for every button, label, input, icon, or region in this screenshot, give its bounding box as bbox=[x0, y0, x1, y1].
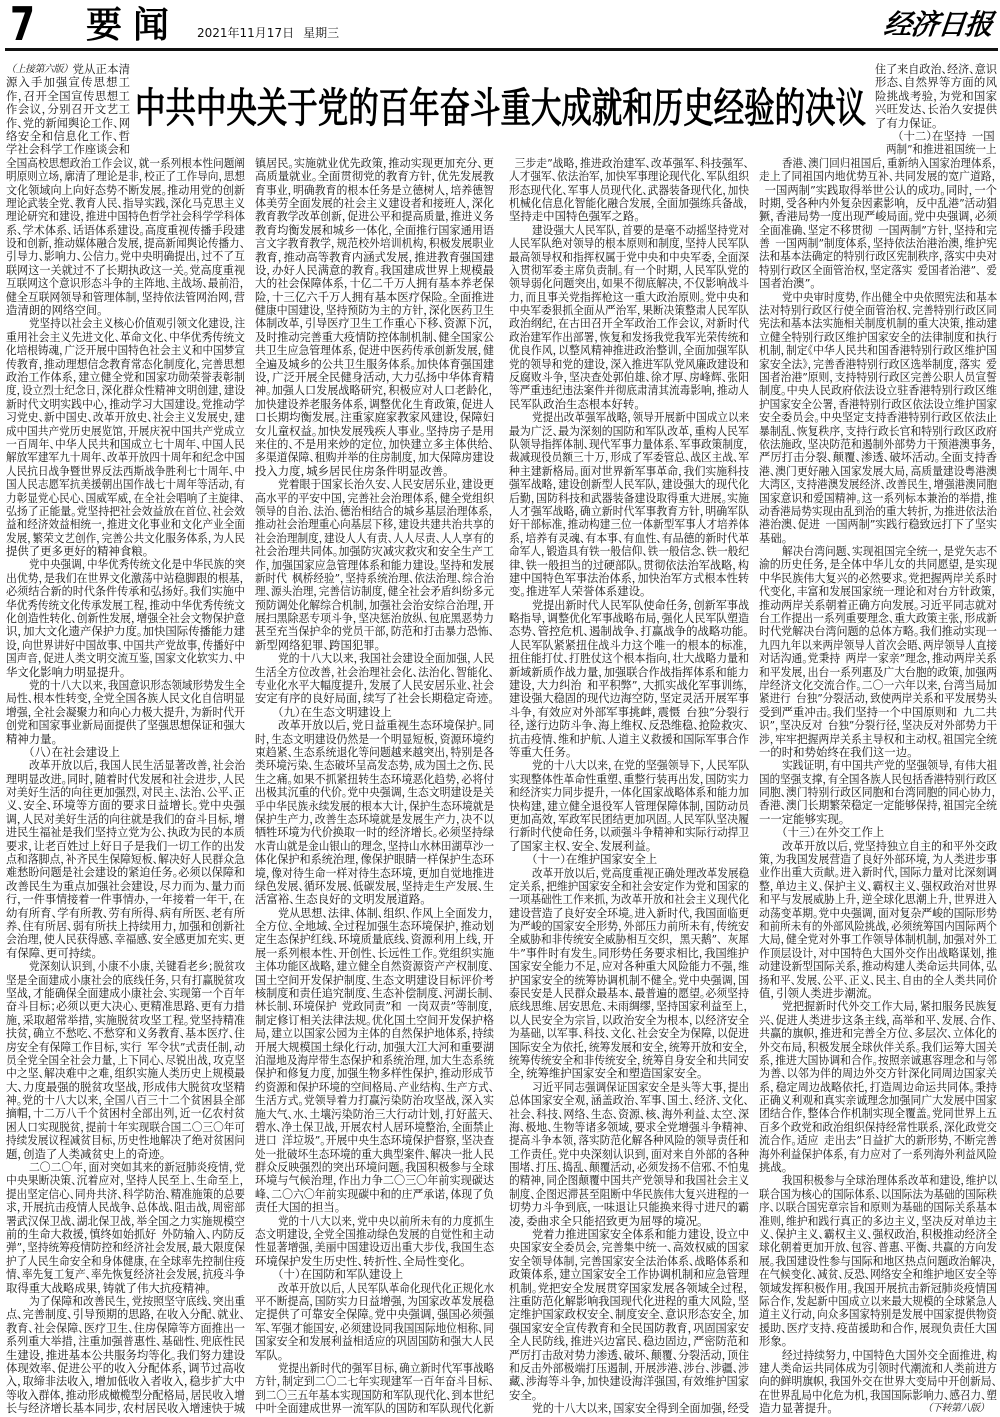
line-text: 凌，委曲求全只能招致更为屈辱的境况。 bbox=[509, 1215, 703, 1228]
line-text: 形象。 bbox=[759, 1335, 787, 1348]
text-line: 和反击外部极端打压遏制，开展涉港、涉台、涉疆、涉 bbox=[509, 1362, 749, 1375]
line-text: 和反击外部极端打压遏制，开展涉港、涉台、涉疆、涉 bbox=[509, 1362, 749, 1375]
line-text: 碧水、净土保卫战，开展农村人居环境整治，全面禁止 bbox=[255, 1121, 494, 1134]
line-text: 獗，香港局势一度出现严峻局面。党中央强调，必须 bbox=[759, 210, 997, 223]
line-text: 党的十八大以来，国家安全得到全面加强，经受 bbox=[532, 1402, 749, 1415]
line-text: 活富裕、生态良好的文明发展道路。 bbox=[255, 893, 426, 906]
line-text: 女儿童权益。加快发展残疾人事业。坚持房子是用 bbox=[255, 425, 494, 438]
text-line: 专业化水平大幅度提升，发展了人民安居乐业、社会 bbox=[255, 679, 494, 692]
line-text: 系，培养有灵魂、有本事、有血性、有品德的新时代革 bbox=[509, 532, 749, 545]
line-text: 党的领导和党的建设，深入推进军队党风廉政建设和 bbox=[509, 358, 749, 371]
line-text: 推动两岸关系朝着正确方向发展。习近平同志就对 bbox=[759, 599, 997, 612]
line-text: 会治理，使人民获得感、幸福感、安全感更加充实、更 bbox=[6, 933, 245, 946]
text-line: 中叶全面建成世界一流军队的国防和军队现代化新 bbox=[255, 1402, 494, 1415]
line-text: 新时代“枫桥经验”，坚持系统治理、依法治理、综合治 bbox=[255, 572, 494, 585]
line-text: 领导弱化问题突出，如果不彻底解决，不仅影响战斗 bbox=[509, 277, 749, 290]
line-text: 正确义利观和真实亲诚理念加强同广大发展中国家 bbox=[759, 1094, 997, 1107]
text-line: 裁减现役员额三十万，形成了军委管总、战区主战、军 bbox=[509, 451, 749, 464]
text-line: 态势、管控危机、遏制战争、打赢战争的战略功能。 bbox=[509, 625, 749, 638]
line-text: 同胞、澳门特别行政区同胞和台湾同胞的同心协力， bbox=[759, 786, 997, 799]
line-text: 解放军建军九十周年、改革开放四十周年和纪念中国 bbox=[6, 451, 245, 464]
text-line: （八）在社会建设上 bbox=[6, 746, 245, 759]
line-text: 明原则立场，廓清了理论是非，校正了工作导向，思想 bbox=[6, 170, 245, 183]
line-text: 略指导，调整优化军事战略布局，强化人民军队塑造 bbox=[509, 612, 749, 625]
line-text: 人民抗日战争暨世界反法西斯战争胜利七十周年、中 bbox=[6, 465, 245, 478]
text-line: 实践证明，有中国共产党的坚强领导，有伟大祖 bbox=[759, 759, 997, 772]
line-text: 全方位、全地域、全过程加强生态环境保护，推动划 bbox=[255, 920, 494, 933]
line-text: 九四九年以来两岸领导人首次会晤、两岸领导人直接 bbox=[759, 639, 997, 652]
line-text: 一一定能够实现。 bbox=[759, 813, 844, 826]
text-line: 造力显著提升。（下转第八版） bbox=[759, 1402, 997, 1415]
text-line: 点和落脚点，补齐民生保障短板、解决好人民群众急 bbox=[6, 853, 245, 866]
text-line: 领域发挥积极作用。我国开展抗击新冠肺炎疫情国 bbox=[759, 1282, 997, 1295]
text-line: 作、党的新闻舆论工作、网 bbox=[6, 117, 130, 130]
text-line: 互联网这个意识形态斗争的主阵地、主战场、最前沿， bbox=[6, 277, 245, 290]
text-line: 国际安全为依托，统筹发展和安全，统筹开放和安全， bbox=[509, 1041, 749, 1054]
line-text: 安全。 bbox=[509, 1389, 537, 1402]
line-text: 神。党的十八大以来，全国八百三十二个贫困县全部 bbox=[6, 1094, 245, 1107]
line-text: 国家意识和爱国精神。这一系列标本兼治的举措，推 bbox=[759, 492, 997, 505]
paragraph: （上接第六版）党从正本清源入手加强宣传思想工作，召开全国宣传思想工作会议，分别召… bbox=[6, 63, 245, 317]
line-text: 国人民志愿军抗美援朝出国作战七十周年等活动，有 bbox=[6, 478, 245, 491]
line-text: 改革开放以后，党高度重视正确处理改革发展稳 bbox=[532, 867, 749, 880]
text-line: 共卫生应急管理体系，促进中医药传承创新发展，健 bbox=[255, 344, 494, 357]
line-text: 央国家安全委员会，完善集中统一、高效权威的国家 bbox=[509, 1241, 749, 1254]
text-line: 形象。 bbox=[759, 1335, 997, 1348]
issue-weekday: 星期三 bbox=[303, 26, 339, 40]
text-line: 领导弱化问题突出，如果不彻底解决，不仅影响战斗 bbox=[509, 277, 749, 290]
text-line: 施大气、水、土壤污染防治三大行动计划，打好蓝天、 bbox=[255, 1108, 494, 1121]
line-text: 国者治澳”。 bbox=[759, 277, 816, 290]
text-line: 作顶层设计，对中国特色大国外交作出战略谋划，推 bbox=[759, 947, 997, 960]
text-line: 扭住能打仗、打胜仗这个根本指向，壮大战略力量和 bbox=[509, 652, 749, 665]
line-text: 局性、根本性转变，全党全国各族人民文化自信明显 bbox=[6, 692, 245, 705]
text-line: 凌，委曲求全只能招致更为屈辱的境况。 bbox=[509, 1215, 749, 1228]
text-line: 兴、促进人类进步这条主线，高举和平、发展、合作、 bbox=[759, 1014, 997, 1027]
text-line: 教育均衡发展和城乡一体化，全面推行国家通用语 bbox=[255, 224, 494, 237]
text-line: 性显著增强，美丽中国建设迈出重大步伐，我国生态 bbox=[255, 1241, 494, 1254]
line-text: 百多个政党和政治组织保持经常性联系，深化政党交 bbox=[759, 1121, 997, 1134]
line-text: 教育均衡发展和城乡一体化，全面推行国家通用语 bbox=[255, 224, 494, 237]
text-line: 动香港局势实现由乱到治的重大转折，为推进依法治 bbox=[759, 505, 997, 518]
text-line: 高质量就业。全面贯彻党的教育方针，优先发展教 bbox=[255, 170, 494, 183]
text-line: 有保障、更可持续。 bbox=[6, 947, 245, 960]
text-line: 长与经济增长基本同步，农村居民收入增速快于城 bbox=[6, 1402, 245, 1415]
text-line: 制定修订相关法律法规。优化国土空间开发保护格 bbox=[255, 1014, 494, 1027]
text-line: 和平与发展威胁上升，逆全球化思潮上升，世界进入 bbox=[759, 893, 997, 906]
line-text: 责任大国的担当。 bbox=[255, 1201, 340, 1214]
line-text: 林长制、环境保护“党政同责”和“一岗双责”等制度， bbox=[255, 1000, 494, 1013]
line-text: 为严峻的国家安全形势，外部压力前所未有，传统安 bbox=[509, 920, 749, 933]
text-line: 环境保护发生历史性、转折性、全局性变化。 bbox=[255, 1255, 494, 1268]
line-text: 整，单边主义、保护主义、霸权主义、强权政治对世界 bbox=[759, 880, 997, 893]
text-line: 预防调处化解综合机制，加强社会治安综合治理，开 bbox=[255, 599, 494, 612]
line-text: 生建设，推进基本公共服务均等化。我们努力建设 bbox=[6, 1349, 245, 1362]
line-text: 为善、以邻为伴的周边外交方针深化同周边国家关 bbox=[759, 1067, 997, 1080]
text-line: 要求，让老百姓过上好日子是我们一切工作的出发 bbox=[6, 840, 245, 853]
text-line: 重用社会主义先进文化、革命文化、中华优秀传统文 bbox=[6, 331, 245, 344]
text-line: 的精神，同企图颠覆中国共产党领导和我国社会主义 bbox=[509, 1174, 749, 1187]
line-text: 改善民生为重点加强社会建设，尽力而为、量力而 bbox=[6, 880, 245, 893]
text-line: 港治澳、促进“一国两制”实践行稳致远打下了坚实 bbox=[759, 518, 997, 531]
line-text: 形态现代化、军事人员现代化、武器装备现代化，加快 bbox=[509, 184, 749, 197]
text-line: 序、以联合国宪章宗旨和原则为基础的国际关系基本 bbox=[759, 1201, 997, 1214]
line-text: 水青山就是金山银山的理念，坚持山水林田湖草沙一 bbox=[255, 840, 494, 853]
line-text: 和经济实力同步提升，一体化国家战略体系和能力加 bbox=[509, 786, 749, 799]
line-text: 华优秀传统文化传承发展工程，推动中华优秀传统文 bbox=[6, 599, 245, 612]
text-line: 加快建设养老服务体系，调整优化生育政策，促进人 bbox=[255, 398, 494, 411]
text-line: 大湾区，支持港澳发展经济、改善民生，增强港澳同胞 bbox=[759, 478, 997, 491]
line-text: 形态、自然界等方面的风 bbox=[875, 76, 997, 89]
line-text: 党中央审时度势，作出健全中央依照宪法和基本 bbox=[782, 291, 997, 304]
line-text: 等重大任务。 bbox=[509, 746, 572, 759]
text-line: 情、率先复工复产、率先恢复经济社会发展，抗疫斗争 bbox=[6, 1268, 245, 1281]
paragraph: 二〇二〇年，面对突如其来的新冠肺炎疫情，党中央果断决策、沉着应对，坚持人民至上、… bbox=[6, 1161, 245, 1295]
line-text: 前的生命大救援，慎终如始抓好“外防输入、内防反 bbox=[6, 1228, 245, 1241]
line-text: 建中国特色军事法治体系，加快治军方式根本性转 bbox=[509, 572, 749, 585]
text-line: （上接第六版）党从正本清 bbox=[6, 63, 130, 76]
line-text: 兴、促进人类进步这条主线，高举和平、发展、合作、 bbox=[759, 1014, 997, 1027]
text-line: 体化保护和系统治理，像保护眼睛一样保护生态环 bbox=[255, 853, 494, 866]
line-text: 体化保护和系统治理，像保护眼睛一样保护生态环 bbox=[255, 853, 494, 866]
line-text: 联合国为核心的国际体系、以国际法为基础的国际秩 bbox=[759, 1188, 997, 1201]
line-text: 全面准确、坚定不移贯彻“一国两制”方针，坚持和完 bbox=[759, 224, 997, 237]
line-text: 要求，让老百姓过上好日子是我们一切工作的出发 bbox=[6, 840, 245, 853]
text-line: 时代党解决台湾问题的总体方略。我们推动实现一 bbox=[759, 625, 997, 638]
line-text: 高水平的平安中国，完善社会治理体系，健全党组织 bbox=[255, 492, 494, 505]
line-text: 机制，制定《中华人民共和国香港特别行政区维护国 bbox=[759, 344, 997, 357]
text-line: 为基础，以军事、科技、文化、社会安全为保障，以促进 bbox=[509, 1027, 749, 1040]
text-line: 神。党的十八大以来，全国八百三十二个贫困县全部 bbox=[6, 1094, 245, 1107]
paragraph: 改革开放以后，党日益重视生态环境保护。同时，生态文明建设仍然是一个明显短板，资源… bbox=[255, 719, 494, 906]
text-line: 必须结合新的时代条件传承和弘扬好。我们实施中 bbox=[6, 585, 245, 598]
text-line: 受到严重冲击。我们坚持一个中国原则和“九二共 bbox=[759, 706, 997, 719]
text-line: 政策体系，建立国家安全工作协调机制和应急管理 bbox=[509, 1268, 749, 1281]
text-line: 引导力、影响力、公信力。党中央明确提出，过不了互 bbox=[6, 250, 245, 263]
line-text: 总体国家安全观，涵盖政治、军事、国土、经济、文化、 bbox=[509, 1094, 749, 1107]
line-text: 台工作提出一系列重要理念、重大政策主张，形成新 bbox=[759, 612, 997, 625]
line-text: 专业化水平大幅度提升，发展了人民安居乐业、社会 bbox=[255, 679, 494, 692]
text-line: 学社会科学工作座谈会和 bbox=[6, 143, 130, 156]
text-line: 系，推进大国协调和合作。按照亲诚惠容理念和与邻 bbox=[759, 1054, 997, 1067]
text-line: 党深刻认识到，小康不小康，关键看老乡；脱贫攻 bbox=[6, 960, 245, 973]
line-text: 展扫黑除恶专项斗争，坚决惩治放纵、包庇黑恶势力 bbox=[255, 612, 494, 625]
paragraph: 改革开放以后，党高度重视正确处理改革发展稳定关系，把维护国家安全和社会安定作为党… bbox=[509, 867, 749, 1081]
text-line: 社会治理制度，建设人人有责、人人尽责、人人享有的 bbox=[255, 532, 494, 545]
line-text: 扭住能打仗、打胜仗这个根本指向，壮大战略力量和 bbox=[509, 652, 749, 665]
line-text: 了有力保证。 bbox=[875, 117, 938, 130]
line-text: 为了保障和改善民生，党按照坚守底线、突出重 bbox=[29, 1295, 245, 1308]
line-text: 香港、澳门长期繁荣稳定一定能够保持，祖国完全统 bbox=[759, 799, 997, 812]
text-line: 局性、根本性转变，全党全国各族人民文化自信明显 bbox=[6, 692, 245, 705]
text-line: 兴旺发达、长治久安提供 bbox=[875, 103, 997, 116]
text-line: 健全互联网领导和管理体制，坚持依法管网治网，营 bbox=[6, 291, 245, 304]
line-text: 神。加强人口发展战略研究，积极应对人口老龄化， bbox=[255, 384, 494, 397]
text-line: 最为广泛、最为深刻的国防和军队改革，重构人民军 bbox=[509, 425, 749, 438]
line-text: 家安全法》，完善香港特别行政区选举制度，落实“爱 bbox=[759, 358, 997, 371]
line-text: 理论武装全党、教育人民、指导实践，深化马克思主义 bbox=[6, 197, 245, 210]
line-text: 定生态保护红线、环境质量底线、资源利用上线，开 bbox=[255, 933, 494, 946]
text-line: 牺牲环境为代价换取一时的经济增长。必须坚持绿 bbox=[255, 826, 494, 839]
line-text: 时代党解决台湾问题的总体方略。我们推动实现一 bbox=[759, 625, 997, 638]
text-line: 束趋紧、生态系统退化等问题越来越突出，特别是各 bbox=[255, 746, 494, 759]
line-text: 严厉打击敌对势力渗透、破坏、颠覆、分裂活动，顶住 bbox=[509, 1349, 749, 1362]
text-line: 行，一件事情接着一件事情办，一年接着一年干，在 bbox=[6, 893, 245, 906]
text-line: 党中央强调，中华优秀传统文化是中华民族的突 bbox=[6, 558, 245, 571]
text-line: 家安全法》，完善香港特别行政区选举制度，落实“爱 bbox=[759, 358, 997, 371]
text-line: 国者治港”原则，支持特别行政区完善公职人员宣誓 bbox=[759, 371, 997, 384]
paragraph: 香港、澳门回归祖国后，重新纳入国家治理体系，走上了同祖国内地优势互补、共同发展的… bbox=[759, 157, 997, 291]
text-line: 文化领域向上向好态势不断发展。推动用党的创新 bbox=[6, 184, 245, 197]
text-line: 后勤，国防科技和武器装备建设取得重大进展。实施 bbox=[509, 492, 749, 505]
line-text: 中央果断决策、沉着应对，坚持人民至上、生命至上， bbox=[6, 1174, 245, 1187]
line-text: 建人类命运共同体成为引领时代潮流和人类前进方 bbox=[759, 1362, 997, 1375]
paragraph: 经过持续努力，中国特色大国外交全面推进，构建人类命运共同体成为引领时代潮流和人类… bbox=[759, 1349, 997, 1416]
line-text: 在世界乱局中化危为机，我国国际影响力、感召力、塑 bbox=[759, 1389, 997, 1402]
text-line: 环境与气候治理，作出力争二〇三〇年前实现碳达 bbox=[255, 1174, 494, 1187]
text-line: 体制改革，引导医疗卫生工作重心下移、资源下沉， bbox=[255, 317, 494, 330]
line-text: 力，而且事关党指挥枪这一重大政治原则。党中央和 bbox=[509, 291, 749, 304]
text-line: 作，加强国家应急管理体系和能力建设。坚持和发展 bbox=[255, 559, 494, 572]
paragraph: 党着眼于国家长治久安、人民安居乐业，建设更高水平的平安中国，完善社会治理体系，健… bbox=[255, 478, 494, 652]
text-line: 华优秀传统文化传承发展工程，推动中华优秀传统文 bbox=[6, 599, 245, 612]
line-text: （十一）在维护国家安全上 bbox=[532, 853, 657, 866]
text-line: 入，取缔非法收入，增加低收入者收入，稳步扩大中 bbox=[6, 1375, 245, 1388]
line-text: 注重防范化解影响我国现代化进程的重大风险，坚 bbox=[509, 1295, 749, 1308]
line-text: 和平与发展威胁上升，逆全球化思潮上升，世界进入 bbox=[759, 893, 997, 906]
line-text: 党深刻认识到，小康不小康，关键看老乡；脱贫攻 bbox=[29, 960, 245, 973]
paragraph: 党的十八大以来，我国社会建设全面加强，人民生活全方位改善，社会治理社会化、法治化… bbox=[255, 652, 494, 706]
text-line: 泊湿地及海岸带生态保护和系统治理，加大生态系统 bbox=[255, 1054, 494, 1067]
text-line: 化创造性转化、创新性发展，增强全社会文物保护意 bbox=[6, 612, 245, 625]
text-line: 大局，健全党对外事工作领导体制机制，加强对外工 bbox=[759, 933, 997, 946]
text-line: 强国家安全宣传教育和全民国防教育，巩固国家安 bbox=[509, 1322, 749, 1335]
paragraph: 党从思想、法律、体制、组织、作风上全面发力，全方位、全地域、全过程加强生态环境保… bbox=[255, 907, 494, 1215]
text-line: 反腐败斗争，坚决查处郭伯雄、徐才厚、房峰辉、张阳 bbox=[509, 371, 749, 384]
line-text: “三步走”战略，推进政治建军、改革强军、科技强军、 bbox=[509, 157, 749, 170]
line-text: 党坚持以社会主义核心价值观引领文化建设，注 bbox=[29, 317, 245, 330]
text-line: 明原则立场，廓清了理论是非，校正了工作导向，思想 bbox=[6, 170, 245, 183]
text-line: 一项基础性工作来抓，为改革开放和社会主义现代化 bbox=[509, 893, 749, 906]
line-text: 径，遂行边防斗争、海上维权、反恐维稳、抢险救灾、 bbox=[509, 719, 749, 732]
text-line: 力彰显党心民心、国威军威，在全社会唱响了主旋律、 bbox=[6, 492, 245, 505]
line-text: 党着眼于国家长治久安、人民安居乐业，建设更 bbox=[278, 478, 494, 491]
line-text: 和平发展，出台一系列惠及广大台胞的政策，加强两 bbox=[759, 666, 997, 679]
line-text: 情、率先复工复产、率先恢复经济社会发展，抗疫斗争 bbox=[6, 1268, 245, 1281]
text-line: 严厉打击分裂、颠覆、渗透、破坏活动。全面支持香 bbox=[759, 451, 997, 464]
line-text: 中之坚、解决难中之难，组织实施人类历史上规模最 bbox=[6, 1067, 245, 1080]
line-text: 全人民防线，推进兴边富民、稳边固边，严密防范和 bbox=[509, 1335, 749, 1348]
text-line: 类环境污染、生态破坏呈高发态势，成为国土之伤、民 bbox=[255, 759, 494, 772]
section-heading: （十二）在坚持“一国两制”和推进祖国统一上 bbox=[759, 130, 997, 157]
article-column-1: （上接第六版）党从正本清源入手加强宣传思想工作，召开全国宣传思想工作会议，分别召… bbox=[6, 63, 245, 1415]
text-line: 体现效率、促进公平的收入分配体系，调节过高收 bbox=[6, 1362, 245, 1375]
text-line: 坚持走中国特色强军之路。 bbox=[509, 210, 749, 223]
line-text: 政治建军作出部署，恢复和发扬我党我军光荣传统和 bbox=[509, 331, 749, 344]
line-text: 挑战。 bbox=[759, 1161, 787, 1174]
text-line: 镇居民。实施就业优先政策，推动实现更加充分、更 bbox=[255, 157, 494, 170]
text-line: 在世界乱局中化危为机，我国国际影响力、感召力、塑 bbox=[759, 1389, 997, 1402]
text-line: 联网这一关就过不了长期执政这一关。党高度重视 bbox=[6, 264, 245, 277]
text-line: 险挑战考验，为党和国家 bbox=[875, 90, 997, 103]
text-line: 暴制乱、恢复秩序，支持行政长官和特别行政区政府 bbox=[759, 425, 997, 438]
text-line: 建设，大力纠治“和平积弊”，大抓实战化军事训练， bbox=[509, 679, 749, 692]
text-line: 国土空间开发保护制度、生态文明建设目标评价考 bbox=[255, 974, 494, 987]
paragraph: 习近平同志强调保证国家安全是头等大事，提出总体国家安全观，涵盖政治、军事、国土、… bbox=[509, 1081, 749, 1228]
text-line: 理论武装全党、教育人民、指导实践，深化马克思主义 bbox=[6, 197, 245, 210]
text-line: 社会治理共同体。加强防灾减灾救灾和安全生产工 bbox=[255, 545, 494, 558]
text-line: 党把握新时代外交工作大局，紧扣服务民族复 bbox=[759, 1000, 997, 1013]
text-line: 在气候变化、减贫、反恐、网络安全和维护地区安全等 bbox=[759, 1268, 997, 1281]
text-line: 中央军委狠抓全面从严治军，果断决策整肃人民军队 bbox=[509, 304, 749, 317]
line-text: 社会治理制度，建设人人有责、人人尽责、人人享有的 bbox=[255, 532, 494, 545]
line-text: 党提出改革强军战略，领导开展新中国成立以来 bbox=[532, 411, 749, 424]
line-text: 政策体系，建立国家安全工作协调机制和应急管理 bbox=[509, 1268, 749, 1281]
paragraph: 党的十八大以来，党中央以前所未有的力度抓生态文明建设，全党全国推动绿色发展的自觉… bbox=[255, 1215, 494, 1269]
text-line: 党提出新时代人民军队使命任务，创新军事战 bbox=[509, 599, 749, 612]
text-line: 同胞、澳门特别行政区同胞和台湾同胞的同心协力， bbox=[759, 786, 997, 799]
line-text: 建设强大稳固的现代边海空防，坚定灵活开展军事 bbox=[509, 692, 749, 705]
text-line: 养、住有所居、弱有所扶上持续用力，加强和创新社 bbox=[6, 920, 245, 933]
line-text: 党提出新时代人民军队使命任务，创新军事战 bbox=[532, 599, 749, 612]
line-text: 外交布局，积极发展全球伙伴关系。我们运筹大国关 bbox=[759, 1041, 997, 1054]
line-text: 设，广泛开展全民健身活动，大力弘扬中华体育精 bbox=[255, 371, 494, 384]
paragraph: 党中央强调，中华优秀传统文化是中华民族的突出优势，是我们在世界文化激荡中站稳脚跟… bbox=[6, 558, 245, 679]
line-text: 大的社会保障体系，十亿二千万人拥有基本养老保 bbox=[255, 277, 494, 290]
text-line: 推动社会治理重心向基层下移，建设共建共治共享的 bbox=[255, 518, 494, 531]
line-text: 海外利益保护体系，有力应对了一系列海外利益风险 bbox=[759, 1148, 997, 1161]
text-line: 水青山就是金山银山的理念，坚持山水林田湖草沙一 bbox=[255, 840, 494, 853]
text-line: 定生态保护红线、环境质量底线、资源利用上线，开 bbox=[255, 933, 494, 946]
text-line: 神。加强人口发展战略研究，积极应对人口老龄化， bbox=[255, 384, 494, 397]
newspaper-page: 7 要闻 2021年11月17日星期三 经济日报 中共中央关于党的百年奋斗重大成… bbox=[0, 0, 1000, 1417]
text-line: 泰民安是人民群众最基本、最普遍的愿望。必须坚持 bbox=[509, 987, 749, 1000]
text-line: 生建设，推进基本公共服务均等化。我们努力建设 bbox=[6, 1349, 245, 1362]
text-line: 人民军队绝对领导的根本原则和制度，坚持人民军队 bbox=[509, 237, 749, 250]
line-text: 国家安全能力不足，应对各种重大风险能力不强，维 bbox=[509, 960, 749, 973]
text-line: 华文化影响力明显提升。 bbox=[6, 666, 245, 679]
text-line: 党提出改革强军战略，领导开展新中国成立以来 bbox=[509, 411, 749, 424]
line-text: 展。我国建设性参与国际和地区热点问题政治解决， bbox=[759, 1255, 997, 1268]
text-line: 增强，全社会凝聚力和向心力极大提升，为新时代开 bbox=[6, 706, 245, 719]
text-line: 军队。 bbox=[255, 1349, 494, 1362]
text-line: 出优势，是我们在世界文化激荡中站稳脚跟的根基， bbox=[6, 572, 245, 585]
line-text: 主体功能区战略，建立健全自然资源资产产权制度、 bbox=[255, 960, 494, 973]
line-text: 基础。 bbox=[759, 532, 787, 545]
text-line: 义、保护主义、霸权主义、强权政治，积极推动经济全 bbox=[759, 1228, 997, 1241]
text-line: 全，统筹维护国家安全和塑造国家安全。 bbox=[509, 1067, 749, 1080]
line-text: 快构建，建立健全退役军人管理保障体制，国防动员 bbox=[509, 800, 749, 813]
line-text: 善“一国两制”制度体系，坚持依法治港治澳，维护宪 bbox=[759, 237, 997, 250]
text-line: 安全。 bbox=[509, 1389, 749, 1402]
paragraph: 我国积极参与全球治理体系改革和建设，维护以联合国为核心的国际体系、以国际法为基础… bbox=[759, 1174, 997, 1348]
text-line: 扶贫，确立不愁吃、不愁穿和义务教育、基本医疗、住 bbox=[6, 1027, 245, 1040]
line-text: 工作责任。党中央深刻认识到，面对来自外部的各种 bbox=[509, 1148, 749, 1161]
text-line: 好干部标准，推动构建三位一体新型军事人才培养体 bbox=[509, 518, 749, 531]
line-text: 习近平同志强调保证国家安全是头等大事，提出 bbox=[532, 1081, 749, 1094]
line-text: 生活全方位改善，社会治理社会化、法治化、智能化、 bbox=[255, 666, 494, 679]
line-text: 核制度和责任追究制度、生态补偿制度、河湖长制、 bbox=[255, 987, 494, 1000]
paragraph: “三步走”战略，推进政治建军、改革强军、科技强军、人才强军、依法治军，加快军事理… bbox=[509, 157, 749, 224]
text-line: 新型网络犯罪、跨国犯罪。 bbox=[255, 639, 494, 652]
text-line: 香港、澳门回归祖国后，重新纳入国家治理体系， bbox=[759, 157, 997, 170]
text-line: 为严峻的国家安全形势，外部压力前所未有，传统安 bbox=[509, 920, 749, 933]
line-text: 作，召开全国宣传思想工 bbox=[6, 90, 130, 103]
text-line: 援助、医疗支持、疫苗援助和合作，展现负责任大国 bbox=[759, 1322, 997, 1335]
text-line: 建设营造了良好安全环境。进入新时代，我国面临更 bbox=[509, 907, 749, 920]
line-text: 党中央强调，中华优秀传统文化是中华民族的突 bbox=[29, 558, 245, 571]
section-name: 要闻 bbox=[86, 4, 180, 46]
line-text: 大、力度最强的脱贫攻坚战，形成伟大脱贫攻坚精 bbox=[6, 1081, 245, 1094]
text-line: 推动两岸关系朝着正确方向发展。习近平同志就对 bbox=[759, 599, 997, 612]
line-text: 提供了更多更好的精神食粮。 bbox=[6, 545, 148, 558]
text-line: 渝的历史任务，是全体中华儿女的共同愿望，是实现 bbox=[759, 558, 997, 571]
text-line: 设，广泛开展全民健身活动，大力弘扬中华体育精 bbox=[255, 371, 494, 384]
text-line: 领导的自治、法治、德治相结合的城乡基层治理体系， bbox=[255, 505, 494, 518]
text-line: 流合作。适应“走出去”日益扩大的新形势，不断完善 bbox=[759, 1134, 997, 1147]
text-line: 善“一国两制”制度体系，坚持依法治港治澳，维护宪 bbox=[759, 237, 997, 250]
text-line: 了有力保证。 bbox=[875, 117, 997, 130]
line-text: 安定有序的良好局面，续写了社会长期稳定奇迹。 bbox=[255, 692, 494, 705]
line-text: 对话沟通。党秉持“两岸一家亲”理念，推动两岸关系 bbox=[759, 652, 997, 665]
text-line: 安定有序的良好局面，续写了社会长期稳定奇迹。 bbox=[255, 692, 494, 705]
line-text: 国者治港”原则，支持特别行政区完善公职人员宣誓 bbox=[759, 371, 997, 384]
line-text: 镇居民。实施就业优先政策，推动实现更加充分、更 bbox=[255, 157, 494, 170]
line-text: 政治纲纪，在古田召开全军政治工作会议，对新时代 bbox=[509, 317, 749, 330]
text-line: 共赢的旗帜，推进和完善全方位、多层次、立体化的 bbox=[759, 1027, 997, 1040]
text-line: 大的社会保障体系，十亿二千万人拥有基本养老保 bbox=[255, 277, 494, 290]
text-line: 改革开放以后，党高度重视正确处理改革发展稳 bbox=[509, 867, 749, 880]
line-text: 最为广泛、最为深刻的国防和军队改革，重构人民军 bbox=[509, 425, 749, 438]
text-line: 作，召开全国宣传思想工 bbox=[6, 90, 130, 103]
line-text: 向的鲜明旗帜，我国外交在世界大变局中开创新局、 bbox=[759, 1375, 997, 1388]
line-text: 态势、管控危机、遏制战争、打赢战争的战略功能。 bbox=[509, 625, 749, 638]
continued-from-page-note: （上接第六版） bbox=[6, 63, 73, 76]
line-text: 后勤，国防科技和武器装备建设取得重大进展。实施 bbox=[509, 492, 749, 505]
text-line: 值，引领人类进步潮流。 bbox=[759, 987, 997, 1000]
line-text: 平不断提高，国防实力日益增强，为国家改革发展稳 bbox=[255, 1295, 494, 1308]
line-text: 持续发展议程减贫目标，历史性地解决了绝对贫困问 bbox=[6, 1134, 245, 1147]
paragraph: 解决台湾问题、实现祖国完全统一，是党矢志不渝的历史任务，是全体中华儿女的共同愿望… bbox=[759, 545, 997, 759]
line-text: 大局，健全党对外事工作领导体制机制，加强对外工 bbox=[759, 933, 997, 946]
paragraph: 建设强大人民军队，首要的是毫不动摇坚持党对人民军队绝对领导的根本原则和制度，坚持… bbox=[509, 224, 749, 411]
line-text: 中叶全面建成世界一流军队的国防和军队现代化新 bbox=[255, 1402, 494, 1415]
text-line: 取得重大战略成果，铸就了伟大抗疫精神。 bbox=[6, 1282, 245, 1295]
line-text: 义、保护主义、霸权主义、强权政治，积极推动经济全 bbox=[759, 1228, 997, 1241]
line-text: 生活方式。党领导着力打赢污染防治攻坚战，深入实 bbox=[255, 1094, 494, 1107]
line-text: 政治工作体系，建立健全党和国家功勋荣誉表彰制 bbox=[6, 371, 245, 384]
line-text: 时，生态文明建设仍然是一个明显短板，资源环境约 bbox=[255, 733, 494, 746]
line-text: 加快建设养老服务体系，调整优化生育政策，促进人 bbox=[255, 398, 494, 411]
text-line: 牛”事件时有发生。同形势任务要求相比，我国维护 bbox=[509, 947, 749, 960]
line-text: 受到严重冲击。我们坚持一个中国原则和“九二共 bbox=[759, 706, 997, 719]
line-text: 共卫生应急管理体系，促进中医药传承创新发展，健 bbox=[255, 344, 494, 357]
line-text: 作顶层设计，对中国特色大国外交作出战略谋划，推 bbox=[759, 947, 997, 960]
line-text: 施，采取超常举措，实施脱贫攻坚工程。党坚持精准 bbox=[6, 1014, 245, 1027]
line-text: 必须结合新的时代条件传承和弘扬好。我们实施中 bbox=[6, 585, 245, 598]
line-text: 习党史、新中国史、改革开放史、社会主义发展史，建 bbox=[6, 411, 245, 424]
line-text: 全威胁和非传统安全威胁相互交织，“黑天鹅”、“灰犀 bbox=[509, 933, 749, 946]
line-text: 等收入群体，推动形成橄榄型分配格局，居民收入增 bbox=[6, 1389, 245, 1402]
line-text: 共赢的旗帜，推进和完善全方位、多层次、立体化的 bbox=[759, 1027, 997, 1040]
text-line: 藏、涉海等斗争，加快建设海洋强国，有效维护国家 bbox=[509, 1375, 749, 1388]
paragraph: 改革开放以后，我国人民生活显著改善，社会治理明显改进。同时，随着时代发展和社会进… bbox=[6, 759, 245, 960]
line-text: 施大气、水、土壤污染防治三大行动计划，打好蓝天、 bbox=[255, 1108, 494, 1121]
line-text: 绿色发展、循环发展、低碳发展，坚持走生产发展、生 bbox=[255, 880, 494, 893]
text-line: 一百周年、中华人民共和国成立七十周年、中国人民 bbox=[6, 438, 245, 451]
text-line: 和经济实力同步提升，一体化国家战略体系和能力加 bbox=[509, 786, 749, 799]
line-text: 我国积极参与全球治理体系改革和建设，维护以 bbox=[782, 1174, 997, 1187]
